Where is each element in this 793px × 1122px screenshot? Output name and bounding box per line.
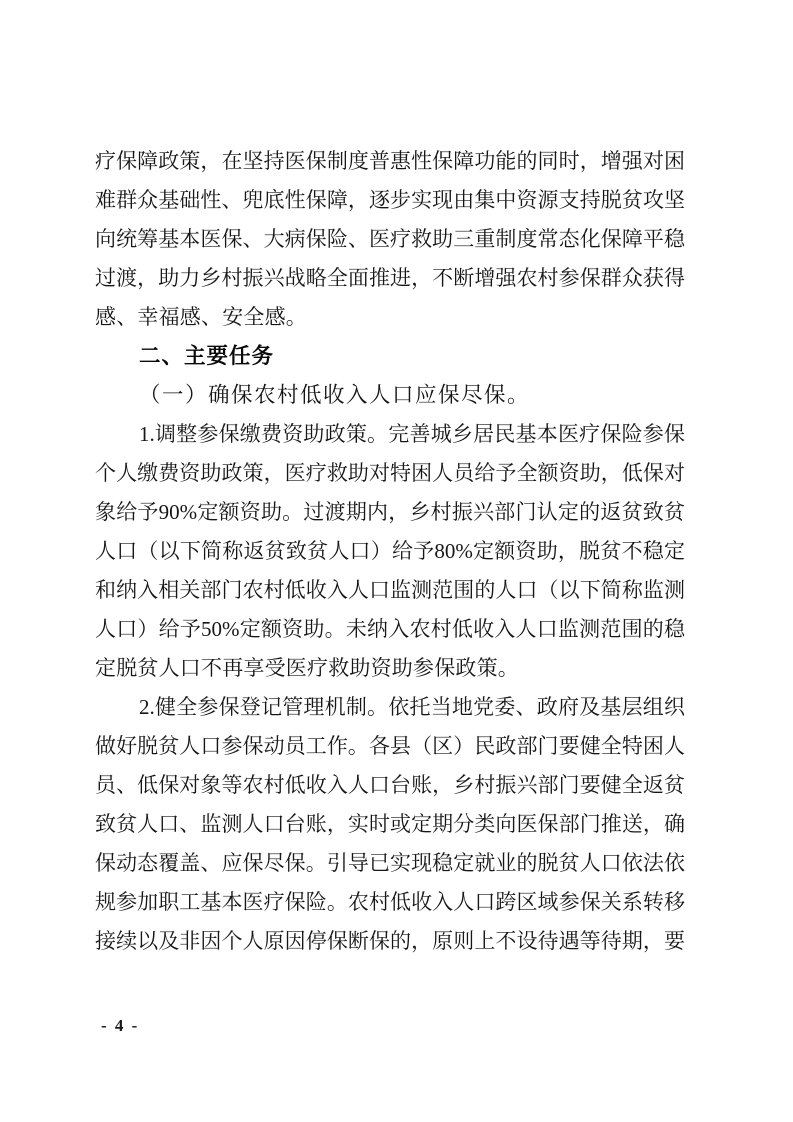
text-line: 2.健全参保登记管理机制。依托当地党委、政府及基层组织 (95, 688, 685, 727)
text-line: 定脱贫人口不再享受医疗救助资助参保政策。 (95, 649, 685, 688)
text-line: 员、低保对象等农村低收入人口台账，乡村振兴部门要健全返贫 (95, 766, 685, 805)
text-line: 人口（以下简称返贫致贫人口）给予80%定额资助，脱贫不稳定 (95, 532, 685, 571)
text-line: 难群众基础性、兜底性保障，逐步实现由集中资源支持脱贫攻坚 (95, 181, 685, 220)
text-line: 1.调整参保缴费资助政策。完善城乡居民基本医疗保险参保 (95, 415, 685, 454)
text-line: 感、幸福感、安全感。 (95, 298, 685, 337)
text-line: 过渡，助力乡村振兴战略全面推进，不断增强农村参保群众获得 (95, 259, 685, 298)
text-line: 个人缴费资助政策，医疗救助对特困人员给予全额资助，低保对 (95, 454, 685, 493)
text-line: 向统筹基本医保、大病保险、医疗救助三重制度常态化保障平稳 (95, 220, 685, 259)
section-heading: 二、主要任务 (95, 337, 685, 376)
document-page: 疗保障政策，在坚持医保制度普惠性保障功能的同时，增强对困 难群众基础性、兜底性保… (0, 0, 793, 1122)
text-line: 和纳入相关部门农村低收入人口监测范围的人口（以下简称监测 (95, 571, 685, 610)
text-line: 象给予90%定额资助。过渡期内，乡村振兴部门认定的返贫致贫 (95, 493, 685, 532)
text-line: 规参加职工基本医疗保险。农村低收入人口跨区域参保关系转移 (95, 883, 685, 922)
text-line: 人口）给予50%定额资助。未纳入农村低收入人口监测范围的稳 (95, 610, 685, 649)
page-number: - 4 - (101, 1016, 139, 1036)
text-line: 疗保障政策，在坚持医保制度普惠性保障功能的同时，增强对困 (95, 142, 685, 181)
document-body: 疗保障政策，在坚持医保制度普惠性保障功能的同时，增强对困 难群众基础性、兜底性保… (95, 142, 685, 961)
text-line: 做好脱贫人口参保动员工作。各县（区）民政部门要健全特困人 (95, 727, 685, 766)
text-line: 保动态覆盖、应保尽保。引导已实现稳定就业的脱贫人口依法依 (95, 844, 685, 883)
subsection-heading: （一）确保农村低收入人口应保尽保。 (95, 376, 685, 415)
text-line: 致贫人口、监测人口台账，实时或定期分类向医保部门推送，确 (95, 805, 685, 844)
text-line: 接续以及非因个人原因停保断保的，原则上不设待遇等待期，要 (95, 922, 685, 961)
